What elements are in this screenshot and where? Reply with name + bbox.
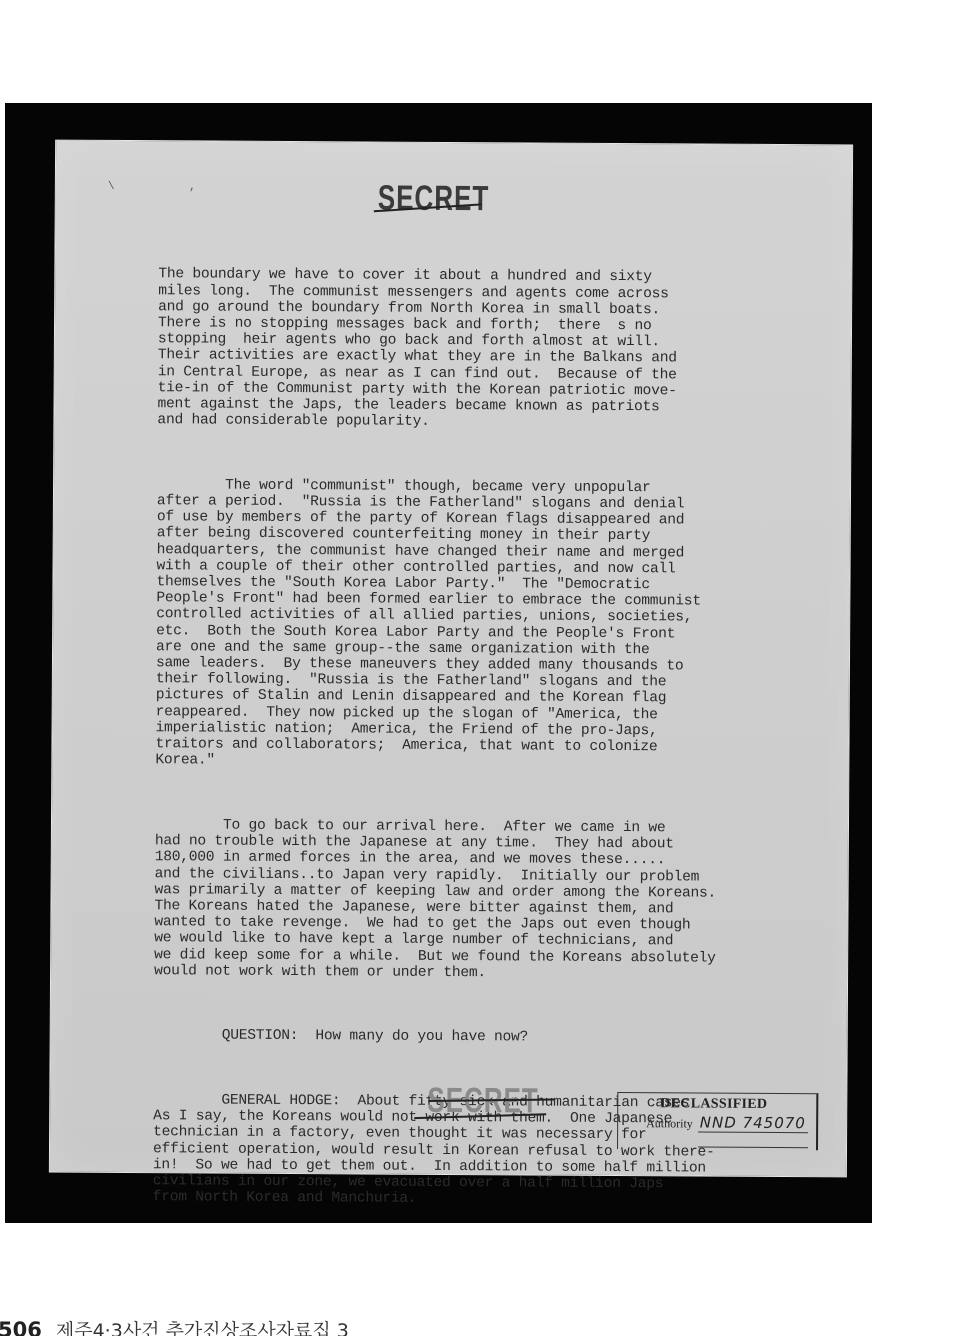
signature-line bbox=[698, 1147, 808, 1149]
declassified-stamp: DECLASSIFIED Authority NND 745070 bbox=[617, 1092, 818, 1150]
page-number: 506 bbox=[0, 1318, 42, 1336]
typed-page: \ , SECRET The boundary we have to cover… bbox=[49, 140, 853, 1178]
document-photo: \ , SECRET The boundary we have to cover… bbox=[5, 103, 872, 1223]
page-footer: 506 제주4·3사건 추가진상조사자료집 3 bbox=[0, 1316, 349, 1336]
text-line: and had considerable popularity. bbox=[157, 412, 817, 432]
paragraph-communist: The word "communist" though, became very… bbox=[155, 477, 817, 773]
paragraph-boundary: The boundary we have to cover it about a… bbox=[157, 267, 818, 433]
punch-marks: \ , bbox=[108, 181, 230, 194]
text-line: Korea." bbox=[155, 752, 815, 772]
authority-label: Authority bbox=[646, 1116, 693, 1130]
text-line: QUESTION: How many do you have now? bbox=[154, 1028, 814, 1048]
secret-stamp-top: SECRET bbox=[378, 177, 490, 220]
paragraph-arrival: To go back to our arrival here. After we… bbox=[154, 817, 815, 983]
text-line: from North Korea and Manchuria. bbox=[153, 1189, 813, 1209]
authority-value: NND 745070 bbox=[698, 1114, 808, 1134]
book-title: 제주4·3사건 추가진상조사자료집 3 bbox=[56, 1320, 349, 1336]
paragraph-question: QUESTION: How many do you have now? bbox=[154, 1028, 814, 1048]
declassified-title: DECLASSIFIED bbox=[660, 1096, 767, 1113]
declassified-authority: Authority NND 745070 bbox=[646, 1113, 808, 1132]
